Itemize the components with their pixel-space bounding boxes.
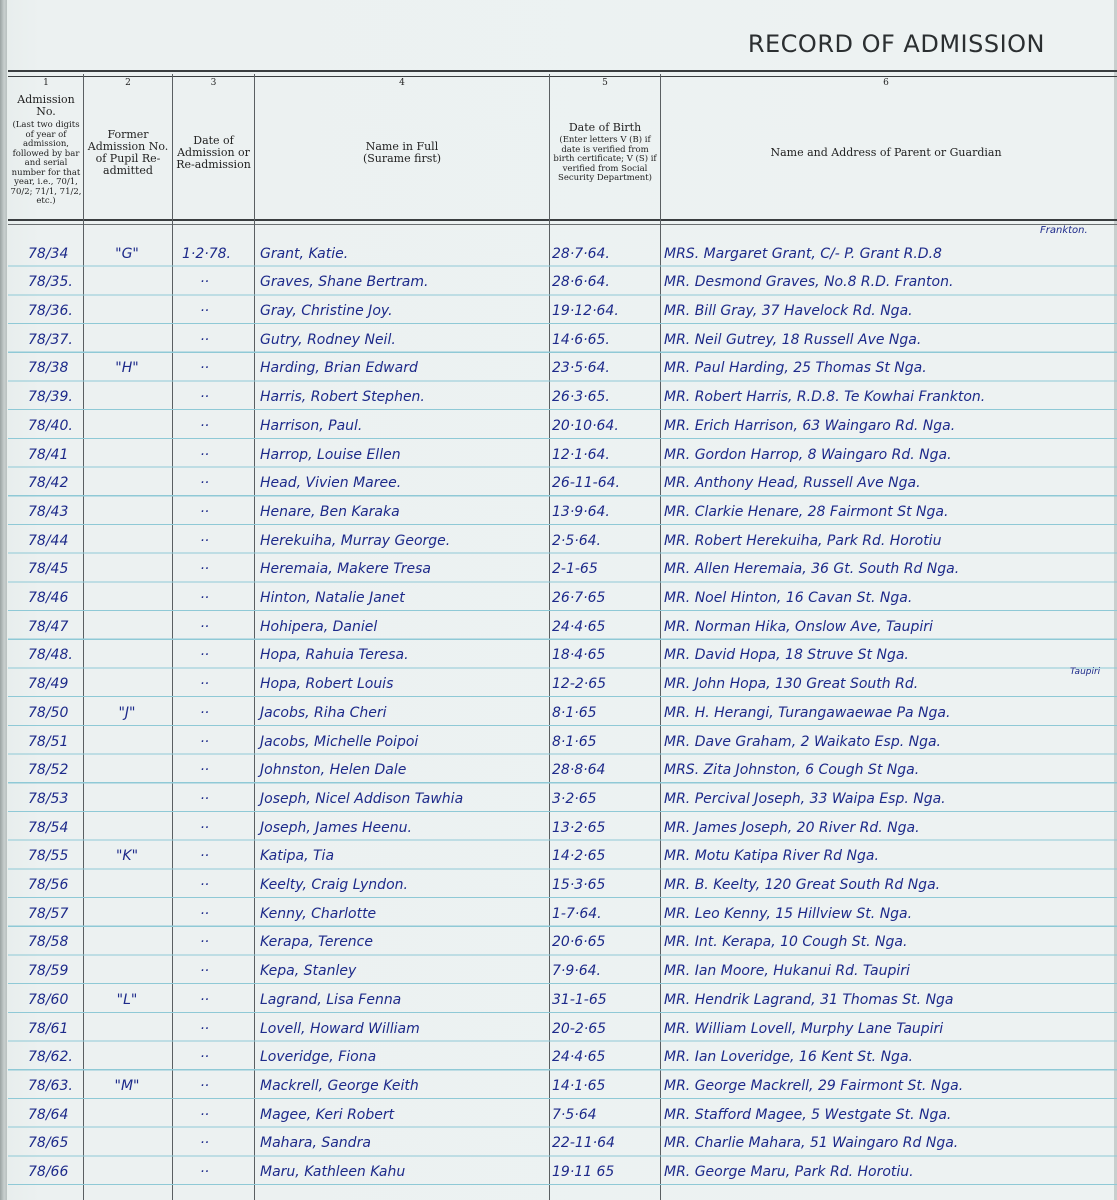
column-number: 3 [211,78,217,88]
pupil-name: Maru, Kathleen Kahu [260,1164,405,1180]
pupil-name: Hohipera, Daniel [260,619,377,635]
header-date-of-admission: 3 Date of Admission or Re-admission [173,76,254,218]
date-of-birth: 13·2·65 [552,820,658,836]
admission-number: 78/50 [28,705,68,721]
pupil-name: Keelty, Craig Lyndon. [260,877,408,893]
parent-guardian: MR. Norman Hika, Onslow Ave, Taupiri [664,619,933,635]
parent-guardian: MR. Ian Loveridge, 16 Kent St. Nga. [664,1049,913,1065]
pupil-name: Lovell, Howard William [260,1021,420,1037]
date-of-birth: 20·10·64. [552,418,658,434]
admission-record-row: 78/54 ·· Joseph, James Heenu. 13·2·65 MR… [0,812,1117,841]
date-of-admission: ·· [200,676,209,692]
admission-record-row: 78/42 ·· Head, Vivien Maree. 26-11-64. M… [0,468,1117,497]
date-of-birth: 13·9·64. [552,504,658,520]
date-of-birth: 28·7·64. [552,246,658,262]
column-label: Date of Birth [550,122,660,134]
admission-record-row: 78/36. ·· Gray, Christine Joy. 19·12·64.… [0,295,1117,324]
admission-number: 78/64 [28,1107,68,1123]
admission-number: 78/51 [28,734,68,750]
parent-guardian: MR. George Maru, Park Rd. Horotiu. [664,1164,914,1180]
admission-record-row: 78/56 ·· Keelty, Craig Lyndon. 15·3·65 M… [0,869,1117,898]
date-of-admission: ·· [200,360,209,376]
parent-guardian: MR. Leo Kenny, 15 Hillview St. Nga. [664,906,912,922]
header-parent-guardian: 6 Name and Address of Parent or Guardian [661,76,1111,218]
admission-number: 78/44 [28,533,68,549]
column-sublabel: (Last two digits of year of admission, f… [9,121,83,207]
admission-number: 78/47 [28,619,68,635]
admission-number: 78/40. [28,418,73,434]
admission-record-row: 78/34 "G" 1·2·78. Grant, Katie. 28·7·64.… [0,238,1117,267]
admission-number: 78/63. [28,1078,73,1094]
parent-guardian: MR. Motu Katipa River Rd Nga. [664,848,879,864]
column-label: Date of Admission or Re-admission [173,135,254,171]
admission-record-row: 78/62. ·· Loveridge, Fiona 24·4·65 MR. I… [0,1042,1117,1071]
pupil-name: Kerapa, Terence [260,934,373,950]
admission-record-row: 78/37. ·· Gutry, Rodney Neil. 14·6·65. M… [0,324,1117,353]
parent-guardian: MR. John Hopa, 130 Great South Rd. [664,676,918,692]
parent-guardian: MRS. Zita Johnston, 6 Cough St Nga. [664,762,919,778]
admission-record-row: 78/46 ·· Hinton, Natalie Janet 26·7·65 M… [0,582,1117,611]
admission-number: 78/65 [28,1135,68,1151]
admission-record-row: 78/47 ·· Hohipera, Daniel 24·4·65 MR. No… [0,611,1117,640]
date-of-admission: ·· [200,447,209,463]
pupil-name: Kepa, Stanley [260,963,356,979]
date-of-admission: ·· [200,963,209,979]
admission-record-row: 78/53 ·· Joseph, Nicel Addison Tawhia 3·… [0,783,1117,812]
date-of-admission: ·· [200,647,209,663]
former-admission-no: "H" [104,360,150,376]
header-admission-no: 1 Admission No. (Last two digits of year… [9,76,83,218]
admission-number: 78/42 [28,475,68,491]
pupil-name: Joseph, Nicel Addison Tawhia [260,791,463,807]
pupil-name: Kenny, Charlotte [260,906,376,922]
date-of-birth: 2·5·64. [552,533,658,549]
date-of-birth: 1-7·64. [552,906,658,922]
pupil-name: Joseph, James Heenu. [260,820,412,836]
parent-guardian: MR. B. Keelty, 120 Great South Rd Nga. [664,877,940,893]
parent-guardian: MR. Gordon Harrop, 8 Waingaro Rd. Nga. [664,447,952,463]
admission-number: 78/66 [28,1164,68,1180]
admission-number: 78/38 [28,360,68,376]
date-of-admission: ·· [200,561,209,577]
parent-guardian: MR. Robert Harris, R.D.8. Te Kowhai Fran… [664,389,985,405]
admission-record-row: 78/60 "L" ·· Lagrand, Lisa Fenna 31-1-65… [0,984,1117,1013]
column-sublabel: (Surame first) [363,153,441,165]
admission-number: 78/59 [28,963,68,979]
column-number: 5 [602,78,608,88]
parent-guardian: MR. Percival Joseph, 33 Waipa Esp. Nga. [664,791,946,807]
parent-guardian: MR. Robert Herekuiha, Park Rd. Horotiu [664,533,941,549]
admission-record-row: 78/35. ·· Graves, Shane Bertram. 28·6·64… [0,267,1117,296]
date-of-admission: ·· [200,303,209,319]
parent-guardian: MR. Bill Gray, 37 Havelock Rd. Nga. [664,303,913,319]
parent-guardian: MR. Anthony Head, Russell Ave Nga. [664,475,921,491]
margin-note-frankton: Frankton. [1040,225,1088,236]
date-of-birth: 12-2·65 [552,676,658,692]
date-of-admission: ·· [200,705,209,721]
parent-guardian: MR. William Lovell, Murphy Lane Taupiri [664,1021,943,1037]
parent-guardian: MR. Int. Kerapa, 10 Cough St. Nga. [664,934,907,950]
date-of-admission: ·· [200,1078,209,1094]
date-of-birth: 28·6·64. [552,274,658,290]
admission-record-row: 78/59 ·· Kepa, Stanley 7·9·64. MR. Ian M… [0,956,1117,985]
pupil-name: Johnston, Helen Dale [260,762,406,778]
date-of-birth: 23·5·64. [552,360,658,376]
admission-number: 78/34 [28,246,68,262]
pupil-name: Hopa, Rahuia Teresa. [260,647,409,663]
date-of-admission: ·· [200,389,209,405]
date-of-admission: ·· [200,820,209,836]
date-of-birth: 14·2·65 [552,848,658,864]
admission-number: 78/52 [28,762,68,778]
date-of-birth: 28·8·64 [552,762,658,778]
date-of-admission: ·· [200,791,209,807]
admission-number: 78/49 [28,676,68,692]
parent-guardian: MR. Allen Heremaia, 36 Gt. South Rd Nga. [664,561,959,577]
date-of-admission: ·· [200,274,209,290]
date-of-admission: ·· [200,332,209,348]
date-of-birth: 15·3·65 [552,877,658,893]
date-of-admission: 1·2·78. [182,246,231,262]
former-admission-no: "J" [104,705,150,721]
date-of-admission: ·· [200,1135,209,1151]
parent-guardian: MR. Charlie Mahara, 51 Waingaro Rd Nga. [664,1135,958,1151]
admission-number: 78/36. [28,303,73,319]
admission-record-row: 78/43 ·· Henare, Ben Karaka 13·9·64. MR.… [0,496,1117,525]
column-sublabel: (Enter letters V (B) if date is verified… [550,136,660,184]
former-admission-no: "K" [104,848,150,864]
date-of-birth: 12·1·64. [552,447,658,463]
admission-record-row: 78/40. ·· Harrison, Paul. 20·10·64. MR. … [0,410,1117,439]
admission-number: 78/54 [28,820,68,836]
date-of-birth: 24·4·65 [552,619,658,635]
date-of-admission: ·· [200,1021,209,1037]
date-of-admission: ·· [200,590,209,606]
pupil-name: Henare, Ben Karaka [260,504,400,520]
admission-record-row: 78/50 "J" ·· Jacobs, Riha Cheri 8·1·65 M… [0,697,1117,726]
parent-guardian: MR. H. Herangi, Turangawaewae Pa Nga. [664,705,950,721]
pupil-name: Harrop, Louise Ellen [260,447,401,463]
admission-number: 78/60 [28,992,68,1008]
date-of-birth: 2-1-65 [552,561,658,577]
admission-number: 78/48. [28,647,73,663]
pupil-name: Heremaia, Makere Tresa [260,561,431,577]
date-of-birth: 20·6·65 [552,934,658,950]
pupil-name: Loveridge, Fiona [260,1049,376,1065]
date-of-admission: ·· [200,418,209,434]
pupil-name: Jacobs, Riha Cheri [260,705,386,721]
admission-record-row: 78/66 ·· Maru, Kathleen Kahu 19·11 65 MR… [0,1156,1117,1185]
admission-record-row: 78/44 ·· Herekuiha, Murray George. 2·5·6… [0,525,1117,554]
date-of-admission: ·· [200,1164,209,1180]
admission-record-row: 78/55 "K" ·· Katipa, Tia 14·2·65 MR. Mot… [0,841,1117,870]
pupil-name: Grant, Katie. [260,246,348,262]
column-label: Admission No. [9,94,83,118]
pupil-name: Jacobs, Michelle Poipoi [260,734,418,750]
admission-number: 78/41 [28,447,68,463]
date-of-admission: ·· [200,992,209,1008]
parent-guardian: MR. Stafford Magee, 5 Westgate St. Nga. [664,1107,951,1123]
pupil-name: Hinton, Natalie Janet [260,590,405,606]
parent-guardian: MR. James Joseph, 20 River Rd. Nga. [664,820,920,836]
date-of-admission: ·· [200,533,209,549]
date-of-birth: 26-11-64. [552,475,658,491]
parent-guardian: MR. Dave Graham, 2 Waikato Esp. Nga. [664,734,941,750]
pupil-name: Hopa, Robert Louis [260,676,393,692]
parent-guardian: MR. Neil Gutrey, 18 Russell Ave Nga. [664,332,921,348]
pupil-name: Lagrand, Lisa Fenna [260,992,401,1008]
column-number: 2 [125,78,131,88]
header-name-in-full: 4 Name in Full (Surame first) [255,76,549,218]
date-of-admission: ·· [200,906,209,922]
date-of-birth: 7·5·64 [552,1107,658,1123]
parent-guardian: MR. Erich Harrison, 63 Waingaro Rd. Nga. [664,418,955,434]
parent-guardian: MR. Paul Harding, 25 Thomas St Nga. [664,360,927,376]
parent-guardian: MR. Hendrik Lagrand, 31 Thomas St. Nga [664,992,954,1008]
column-label: Former Admission No. of Pupil Re-admitte… [84,129,172,177]
parent-guardian: MR. David Hopa, 18 Struve St Nga. [664,647,909,663]
admission-number: 78/61 [28,1021,68,1037]
admission-number: 78/58 [28,934,68,950]
column-number: 6 [883,78,889,88]
pupil-name: Herekuiha, Murray George. [260,533,450,549]
date-of-admission: ·· [200,475,209,491]
pupil-name: Mahara, Sandra [260,1135,371,1151]
date-of-birth: 22-11·64 [552,1135,658,1151]
pupil-name: Magee, Keri Robert [260,1107,394,1123]
date-of-birth: 18·4·65 [552,647,658,663]
date-of-admission: ·· [200,877,209,893]
parent-guardian: MR. Clarkie Henare, 28 Fairmont St Nga. [664,504,948,520]
header-former-admission: 2 Former Admission No. of Pupil Re-admit… [84,76,172,218]
admission-record-row: 78/38 "H" ·· Harding, Brian Edward 23·5·… [0,353,1117,382]
admission-record-row: 78/51 ·· Jacobs, Michelle Poipoi 8·1·65 … [0,726,1117,755]
date-of-birth: 14·6·65. [552,332,658,348]
admission-number: 78/45 [28,561,68,577]
pupil-name: Harding, Brian Edward [260,360,418,376]
page-title: RECORD OF ADMISSION [748,30,1045,58]
admission-number: 78/43 [28,504,68,520]
date-of-admission: ·· [200,1107,209,1123]
pupil-name: Mackrell, George Keith [260,1078,419,1094]
date-of-birth: 20-2·65 [552,1021,658,1037]
header-bottom-rule [8,219,1117,225]
admission-number: 78/37. [28,332,73,348]
admission-record-row: 78/49 ·· Hopa, Robert Louis 12-2·65 MR. … [0,669,1117,698]
date-of-birth: 26·7·65 [552,590,658,606]
admission-record-row: 78/48. ·· Hopa, Rahuia Teresa. 18·4·65 M… [0,640,1117,669]
date-of-birth: 8·1·65 [552,705,658,721]
admission-record-row: 78/63. "M" ·· Mackrell, George Keith 14·… [0,1070,1117,1099]
pupil-name: Gutry, Rodney Neil. [260,332,396,348]
admission-number: 78/35. [28,274,73,290]
parent-guardian: MRS. Margaret Grant, C/- P. Grant R.D.8 [664,246,942,262]
date-of-admission: ·· [200,762,209,778]
column-label: Name and Address of Parent or Guardian [770,147,1001,159]
register-page: RECORD OF ADMISSION 1 Admission No. (Las… [0,0,1117,1200]
admission-record-row: 78/45 ·· Heremaia, Makere Tresa 2-1-65 M… [0,554,1117,583]
admission-number: 78/55 [28,848,68,864]
admission-record-row: 78/57 ·· Kenny, Charlotte 1-7·64. MR. Le… [0,898,1117,927]
admission-record-row: 78/52 ·· Johnston, Helen Dale 28·8·64 MR… [0,755,1117,784]
admission-record-row: 78/39. ·· Harris, Robert Stephen. 26·3·6… [0,382,1117,411]
date-of-birth: 19·11 65 [552,1164,658,1180]
parent-guardian: MR. Ian Moore, Hukanui Rd. Taupiri [664,963,910,979]
date-of-birth: 8·1·65 [552,734,658,750]
admission-number: 78/57 [28,906,68,922]
date-of-admission: ·· [200,504,209,520]
date-of-admission: ·· [200,848,209,864]
date-of-birth: 24·4·65 [552,1049,658,1065]
pupil-name: Katipa, Tia [260,848,334,864]
admission-number: 78/39. [28,389,73,405]
parent-guardian: MR. Noel Hinton, 16 Cavan St. Nga. [664,590,912,606]
date-of-birth: 7·9·64. [552,963,658,979]
admission-number: 78/53 [28,791,68,807]
admission-number: 78/62. [28,1049,73,1065]
former-admission-no: "M" [104,1078,150,1094]
pupil-name: Harrison, Paul. [260,418,362,434]
date-of-birth: 19·12·64. [552,303,658,319]
date-of-admission: ·· [200,619,209,635]
date-of-admission: ·· [200,1049,209,1065]
parent-guardian: MR. Desmond Graves, No.8 R.D. Franton. [664,274,953,290]
date-of-admission: ·· [200,734,209,750]
pupil-name: Graves, Shane Bertram. [260,274,428,290]
admission-record-row: 78/61 ·· Lovell, Howard William 20-2·65 … [0,1013,1117,1042]
date-of-birth: 31-1-65 [552,992,658,1008]
header-date-of-birth: 5 Date of Birth (Enter letters V (B) if … [550,76,660,218]
date-of-birth: 26·3·65. [552,389,658,405]
former-admission-no: "L" [104,992,150,1008]
pupil-name: Harris, Robert Stephen. [260,389,425,405]
admission-record-row: 78/41 ·· Harrop, Louise Ellen 12·1·64. M… [0,439,1117,468]
admission-record-row: 78/58 ·· Kerapa, Terence 20·6·65 MR. Int… [0,927,1117,956]
admission-number: 78/56 [28,877,68,893]
date-of-birth: 14·1·65 [552,1078,658,1094]
admission-record-row: 78/64 ·· Magee, Keri Robert 7·5·64 MR. S… [0,1099,1117,1128]
pupil-name: Head, Vivien Maree. [260,475,401,491]
former-admission-no: "G" [104,246,150,262]
parent-guardian: MR. George Mackrell, 29 Fairmont St. Nga… [664,1078,963,1094]
column-number: 4 [399,78,405,88]
column-number: 1 [43,78,49,88]
admission-record-row: 78/65 ·· Mahara, Sandra 22-11·64 MR. Cha… [0,1128,1117,1157]
date-of-birth: 3·2·65 [552,791,658,807]
admission-number: 78/46 [28,590,68,606]
date-of-admission: ·· [200,934,209,950]
pupil-name: Gray, Christine Joy. [260,303,393,319]
